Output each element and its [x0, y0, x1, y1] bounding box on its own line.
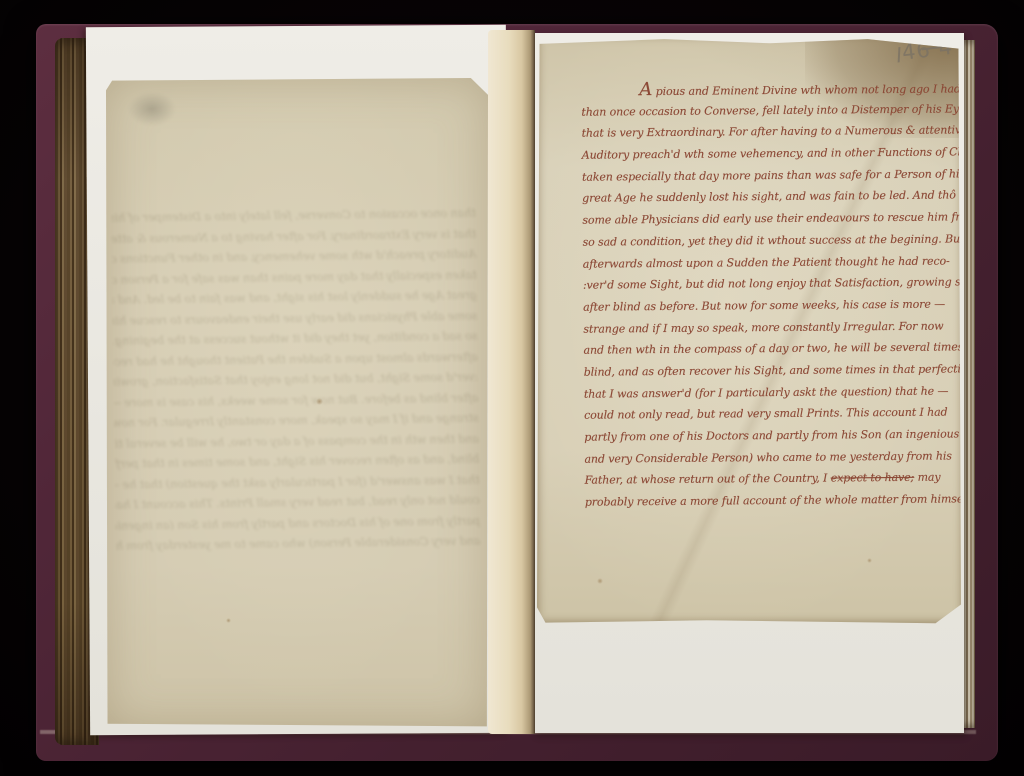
text-line: some able Physicians did early use their… [582, 207, 954, 232]
text-line: A pious and Eminent Divine wth whom not … [581, 76, 953, 101]
foxing-speck [316, 398, 323, 405]
text-line: :ver'd some Sight, but did not long enjo… [583, 272, 955, 297]
text-line: blind, and as often recover his Sight, a… [584, 358, 956, 383]
manuscript-photo-scene: than once occasion to Converse, fell lat… [0, 0, 1024, 776]
pencil-tick-mark [898, 47, 901, 62]
foxing-speck [867, 558, 872, 563]
text-line: partly from one of his Doctors and partl… [584, 423, 956, 448]
pencil-smudge [128, 92, 176, 126]
struck-text-segment: expect to have; [831, 471, 915, 485]
text-line: probably receive a more full account of … [585, 488, 957, 513]
ink-show-through: than once occasion to Converse, fell lat… [112, 203, 481, 557]
manuscript-text: A pious and Eminent Divine wth whom not … [581, 76, 957, 513]
text-line: Auditory preach'd wth some vehemency, an… [582, 141, 954, 166]
text-line: and then wth in the compass of a day or … [583, 337, 955, 362]
foxing-speck [597, 578, 603, 584]
text-segment: Father, at whose return out of the Count… [585, 472, 831, 487]
foxing-speck [226, 618, 231, 623]
binding-gutter [488, 30, 535, 734]
show-through-line: and very Considerable Person) who came t… [116, 531, 480, 557]
text-segment: may [914, 471, 940, 484]
text-line: after blind as before. But now for some … [583, 293, 955, 318]
left-manuscript-page: than once occasion to Converse, fell lat… [106, 78, 488, 729]
text-line: so sad a condition, yet they did it wtho… [582, 228, 954, 253]
right-manuscript-page: 464 A pious and Eminent Divine wth whom … [537, 38, 961, 625]
